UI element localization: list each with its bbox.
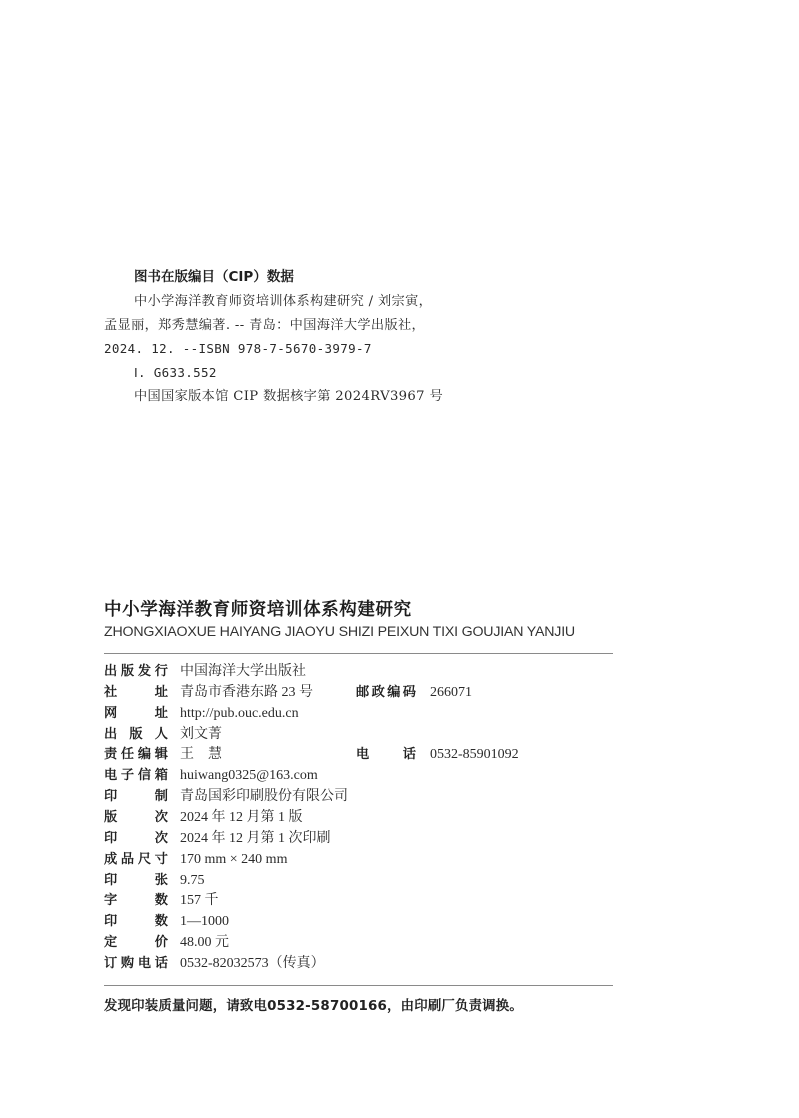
cip-record-line-3: 2024. 12. --ISBN 978-7-5670-3979-7 — [104, 337, 449, 361]
colophon-label: 成品尺寸 — [104, 850, 168, 871]
colophon-table: 出版发行 中国海洋大学出版社 社 址 青岛市香港东路 23 号 邮政编码 266… — [104, 662, 614, 975]
colophon-value: 48.00 元 — [180, 933, 229, 954]
colophon-row-sheets: 印 张 9.75 — [104, 871, 614, 892]
colophon-label: 印 张 — [104, 871, 168, 892]
colophon-value: 9.75 — [180, 871, 205, 892]
colophon-value-phone: 0532-85901092 — [430, 745, 519, 766]
colophon-row-printing: 印 次 2024 年 12 月第 1 次印刷 — [104, 829, 614, 850]
colophon-label: 印 制 — [104, 787, 168, 808]
divider-bottom — [104, 985, 613, 986]
book-title: 中小学海洋教育师资培训体系构建研究 — [104, 596, 412, 621]
colophon-value-postcode: 266071 — [430, 683, 472, 704]
book-title-pinyin: ZHONGXIAOXUE HAIYANG JIAOYU SHIZI PEIXUN… — [104, 624, 575, 640]
colophon-value: 青岛市香港东路 23 号 — [180, 683, 313, 704]
colophon-value: 157 千 — [180, 891, 219, 912]
colophon-label: 订购电话 — [104, 954, 168, 975]
colophon-row-printer: 印 制 青岛国彩印刷股份有限公司 — [104, 787, 614, 808]
colophon-label: 网 址 — [104, 704, 168, 725]
colophon-label: 印 数 — [104, 912, 168, 933]
colophon-value: 0532-82032573（传真） — [180, 954, 325, 975]
cip-record-line-2: 孟显丽，郑秀慧编著. -- 青岛：中国海洋大学出版社， — [104, 314, 449, 338]
colophon-value: 1—1000 — [180, 912, 229, 933]
colophon-value-email-link[interactable]: huiwang0325@163.com — [180, 766, 318, 787]
colophon-label: 版 次 — [104, 808, 168, 829]
colophon-value: 青岛国彩印刷股份有限公司 — [180, 787, 348, 808]
colophon-label: 出版发行 — [104, 662, 168, 683]
cip-record-line-1: 中小学海洋教育师资培训体系构建研究 / 刘宗寅， — [104, 290, 449, 314]
colophon-label: 出版人 — [104, 725, 168, 746]
colophon-row-order-phone: 订购电话 0532-82032573（传真） — [104, 954, 614, 975]
colophon-row-website: 网 址 http://pub.ouc.edu.cn — [104, 704, 614, 725]
quality-notice: 发现印装质量问题，请致电0532-58700166，由印刷厂负责调换。 — [104, 995, 523, 1014]
colophon-row-print-run: 印 数 1—1000 — [104, 912, 614, 933]
colophon-value-website-link[interactable]: http://pub.ouc.edu.cn — [180, 704, 299, 725]
colophon-row-publisher: 出版发行 中国海洋大学出版社 — [104, 662, 614, 683]
colophon-label: 责任编辑 — [104, 745, 168, 766]
colophon-row-price: 定 价 48.00 元 — [104, 933, 614, 954]
cip-classification: Ⅰ. G633.552 — [104, 361, 449, 385]
colophon-value: 2024 年 12 月第 1 版 — [180, 808, 303, 829]
cip-verification: 中国国家版本馆 CIP 数据核字第 2024RV3967 号 — [104, 385, 449, 409]
colophon-value: 刘文菁 — [180, 725, 222, 746]
colophon-label: 电子信箱 — [104, 766, 168, 787]
colophon-row-publisher-person: 出版人 刘文菁 — [104, 725, 614, 746]
colophon-label-postcode: 邮政编码 — [356, 683, 416, 704]
colophon-row-address: 社 址 青岛市香港东路 23 号 邮政编码 266071 — [104, 683, 614, 704]
colophon-label: 字 数 — [104, 891, 168, 912]
colophon-value: 中国海洋大学出版社 — [180, 662, 306, 683]
cip-heading: 图书在版编目（CIP）数据 — [104, 266, 449, 290]
divider-top — [104, 653, 613, 654]
colophon-value: 170 mm × 240 mm — [180, 850, 287, 871]
colophon-row-email: 电子信箱 huiwang0325@163.com — [104, 766, 614, 787]
colophon-label: 定 价 — [104, 933, 168, 954]
colophon-label: 印 次 — [104, 829, 168, 850]
colophon-label: 社 址 — [104, 683, 168, 704]
cip-block: 图书在版编目（CIP）数据 中小学海洋教育师资培训体系构建研究 / 刘宗寅， 孟… — [104, 266, 449, 409]
colophon-value: 王 慧 — [180, 745, 222, 766]
colophon-row-word-count: 字 数 157 千 — [104, 891, 614, 912]
colophon-row-editor: 责任编辑 王 慧 电 话 0532-85901092 — [104, 745, 614, 766]
colophon-row-edition: 版 次 2024 年 12 月第 1 版 — [104, 808, 614, 829]
colophon-value: 2024 年 12 月第 1 次印刷 — [180, 829, 331, 850]
colophon-row-size: 成品尺寸 170 mm × 240 mm — [104, 850, 614, 871]
colophon-label-phone: 电 话 — [356, 745, 416, 766]
